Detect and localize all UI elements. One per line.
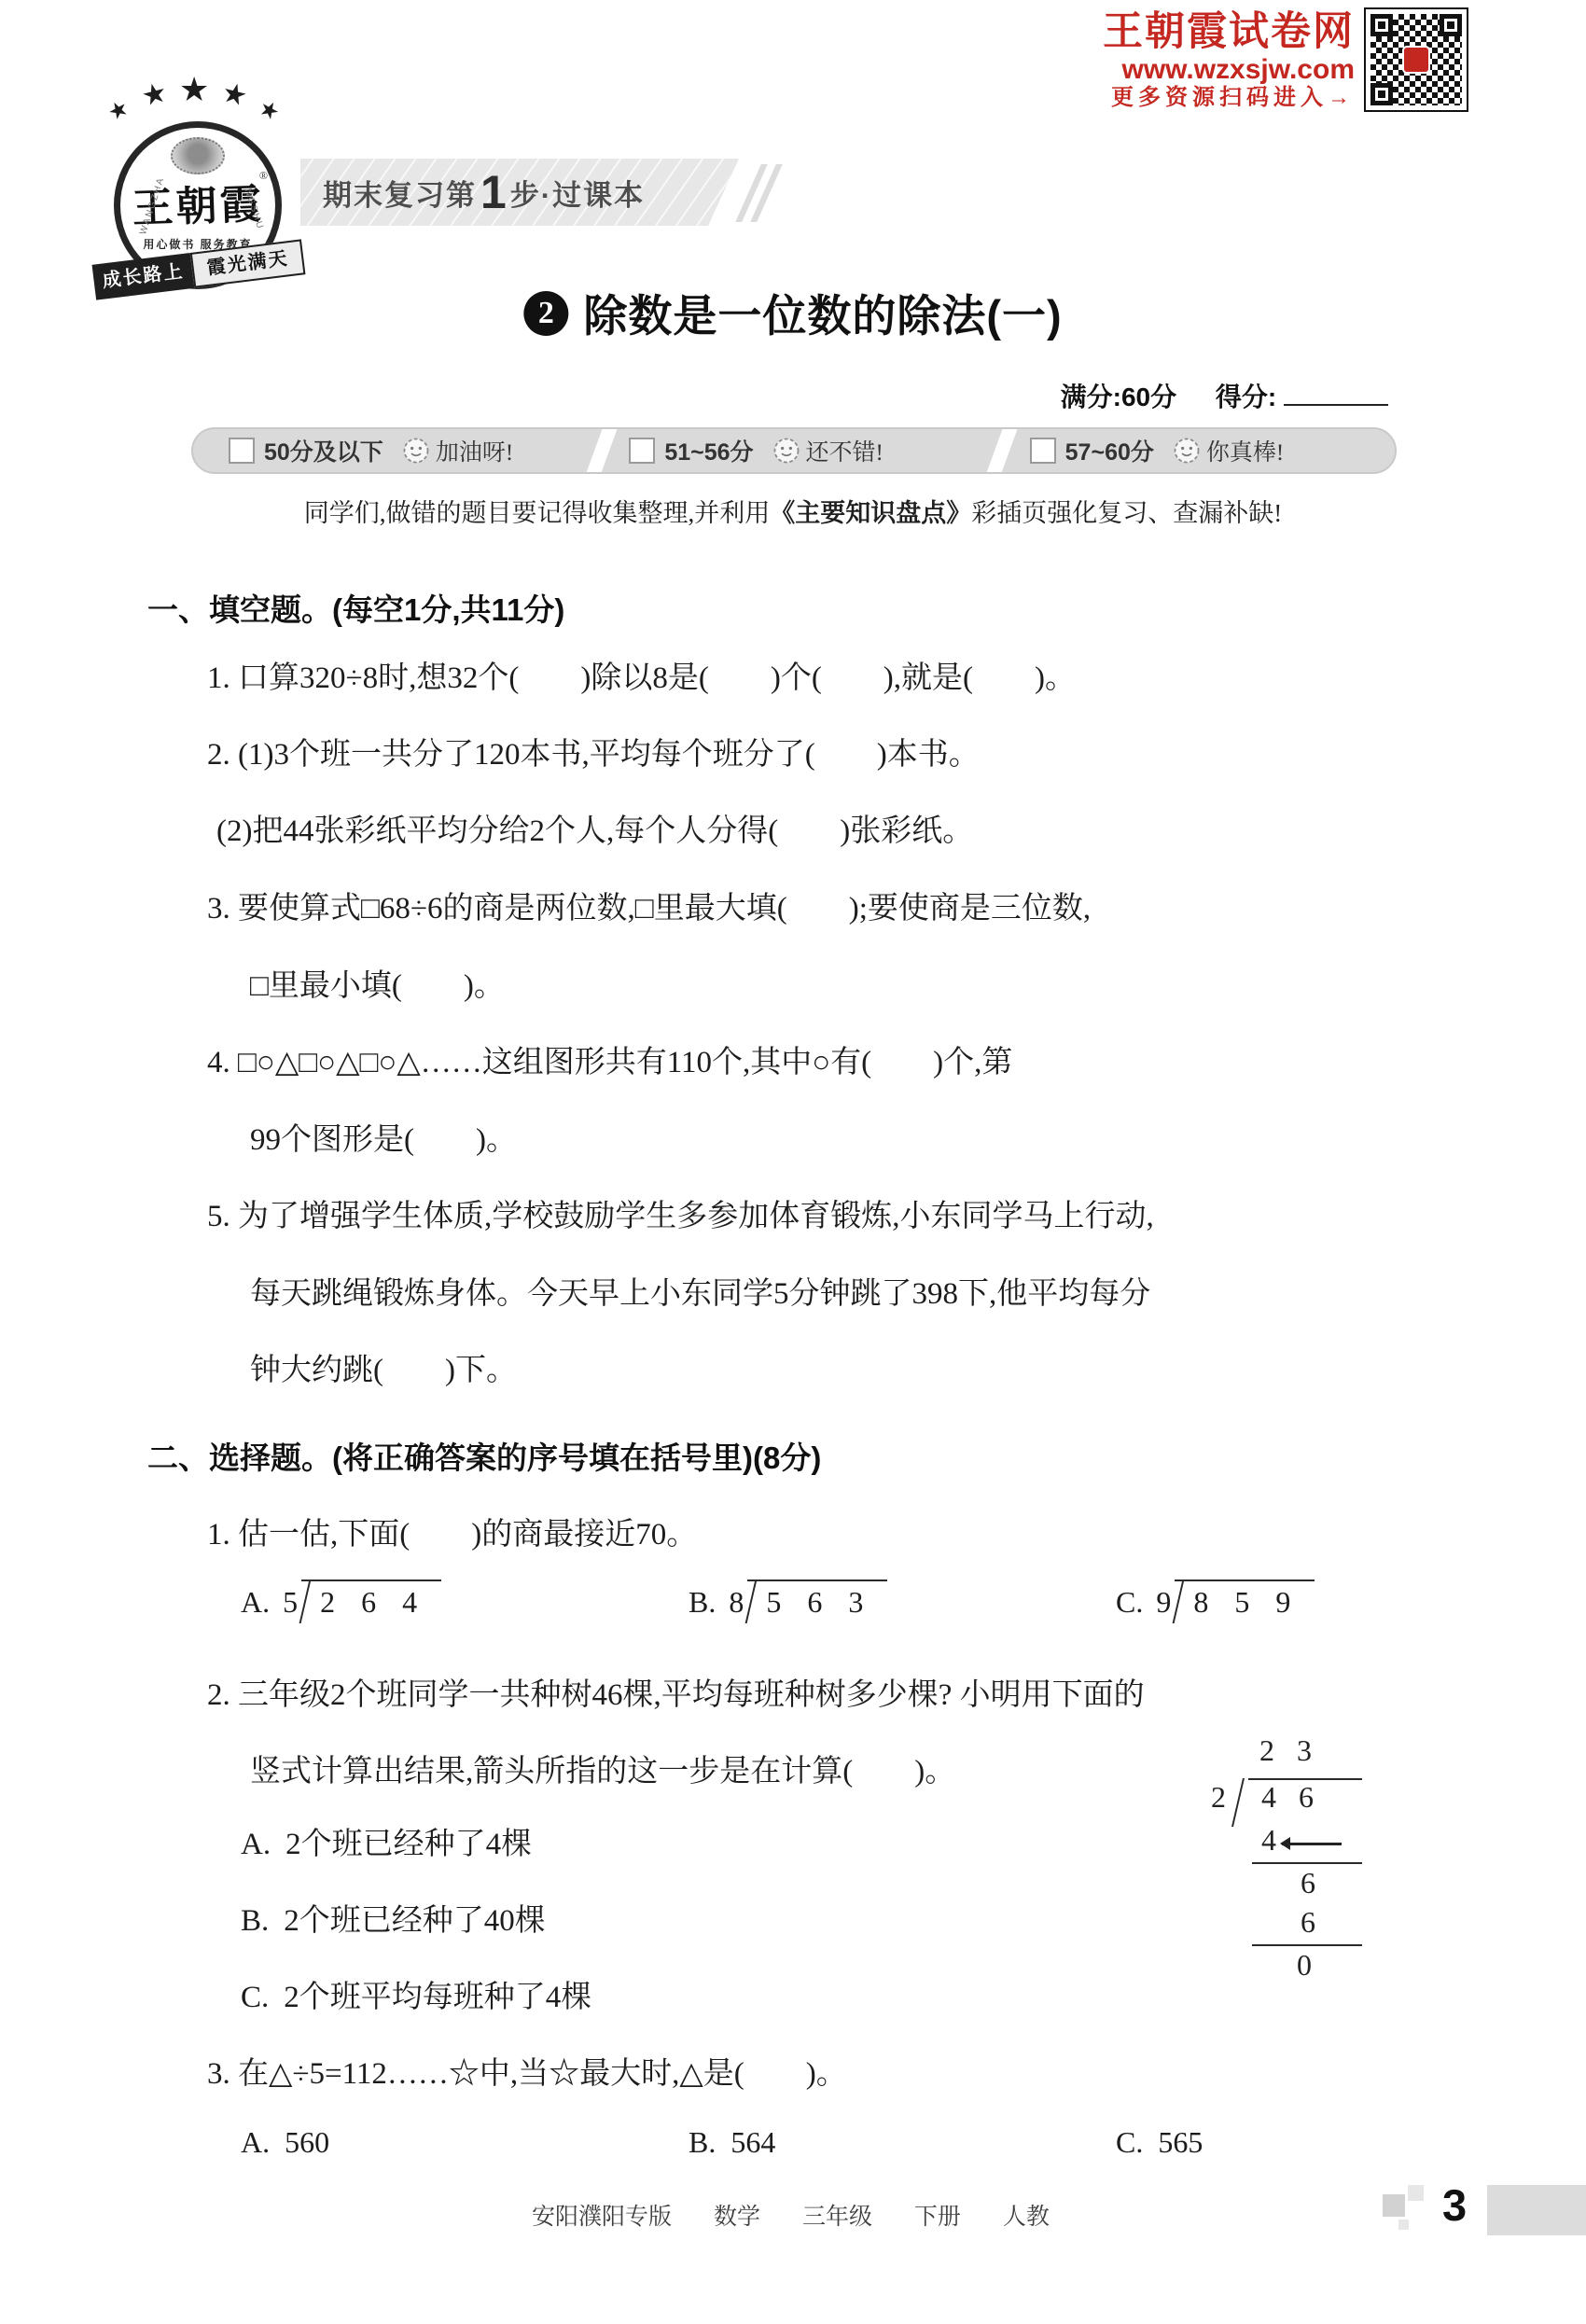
option-label: C. bbox=[1116, 1585, 1143, 1619]
footer-volume: 下册 bbox=[914, 2204, 961, 2230]
score-label: 得分: bbox=[1216, 383, 1276, 411]
page-number-decoration bbox=[1398, 2220, 1409, 2230]
smiley-icon bbox=[772, 437, 800, 465]
step-banner: 期末复习第 1 步·过课本 bbox=[300, 159, 739, 226]
division-dividend: 4 6 bbox=[1261, 1780, 1321, 1815]
option-text: 560 bbox=[285, 2125, 329, 2159]
option-label: B. bbox=[689, 1585, 716, 1619]
banner-text: 步·过课本 bbox=[510, 172, 645, 214]
page-number: 3 bbox=[1442, 2179, 1467, 2231]
page-number-bar bbox=[1487, 2185, 1586, 2235]
brand-qr-caption: 更多资源扫码进入→ bbox=[1103, 86, 1355, 111]
fill-q4-line1: 4. □○△□○△□○△……这组图形共有110个,其中○有( )个,第 bbox=[207, 1037, 1012, 1081]
registered-mark: ® bbox=[259, 169, 268, 183]
fill-q5-line2: 每天跳绳锻炼身体。今天早上小东同学5分钟跳了398下,他平均每分 bbox=[250, 1269, 1150, 1313]
fill-q3-line1: 3. 要使算式□68÷6的商是两位数,□里最大填( );要使商是三位数, bbox=[207, 884, 1091, 927]
division-bracket-slash bbox=[1231, 1778, 1245, 1827]
division-bracket: 2 6 4 bbox=[301, 1579, 441, 1621]
fill-q3-line2: □里最小填( )。 bbox=[250, 961, 505, 1005]
star-icon: ★ bbox=[255, 94, 285, 127]
division-rule-line bbox=[1252, 1944, 1362, 1946]
fill-q4-line2: 99个图形是( )。 bbox=[250, 1115, 517, 1159]
option-text: 2个班已经种了40棵 bbox=[284, 1904, 546, 1938]
choice-q1-option-a: A.52 6 4 bbox=[241, 1579, 441, 1621]
publisher-logo: ★ ★ ★ ★ ★ 王朝霞 ® 用心做书 服务教育 WANGZHA NGSHU … bbox=[82, 71, 315, 299]
brand-site-url: www.wzxsjw.com bbox=[1103, 54, 1355, 86]
page-title: 2 除数是一位数的除法(一) bbox=[523, 282, 1062, 344]
brand-site-name: 王朝霞试卷网 bbox=[1103, 9, 1355, 54]
long-division-diagram: 2 3 2 4 6 4 6 6 0 bbox=[1205, 1733, 1373, 2004]
section1-heading: 一、填空题。(每空1分,共11分) bbox=[147, 586, 564, 630]
division-divisor: 2 bbox=[1211, 1780, 1233, 1815]
notice-book-title: 《主要知识盘点》 bbox=[770, 499, 971, 527]
banner-text: 期末复习第 bbox=[323, 172, 477, 214]
page-number-decoration bbox=[1408, 2185, 1424, 2201]
notice-line: 同学们,做错的题目要记得收集整理,并利用《主要知识盘点》彩插页强化复习、查漏补缺… bbox=[0, 493, 1586, 529]
checkbox[interactable] bbox=[229, 438, 255, 464]
fill-q5-line1: 5. 为了增强学生体质,学校鼓励学生多参加体育锻炼,小东同学马上行动, bbox=[207, 1191, 1154, 1235]
qr-pattern bbox=[1370, 14, 1462, 105]
score-band-segment: 50分及以下 加油呀! bbox=[193, 429, 593, 472]
footer-line: 安阳濮阳专版 数学 三年级 下册 人教 bbox=[532, 2198, 1085, 2232]
notice-pre: 同学们,做错的题目要记得收集整理,并利用 bbox=[304, 499, 771, 527]
fill-q1: 1. 口算320÷8时,想32个( )除以8是( )个( ),就是( )。 bbox=[207, 653, 1076, 697]
qr-finder-icon bbox=[1440, 14, 1462, 36]
qr-finder-icon bbox=[1370, 83, 1393, 105]
footer-grade: 三年级 bbox=[802, 2204, 872, 2230]
score-remark: 你真棒! bbox=[1206, 434, 1284, 467]
arrow-left-icon bbox=[1282, 1843, 1342, 1845]
title-text: 除数是一位数的除法(一) bbox=[583, 282, 1062, 344]
option-text: 2个班已经种了4棵 bbox=[285, 1828, 532, 1861]
choice-q2-option-a: A.2个班已经种了4棵 bbox=[241, 1819, 532, 1863]
division-divisor: 5 bbox=[283, 1585, 298, 1619]
option-text: 564 bbox=[730, 2125, 775, 2159]
choice-q1-option-c: C.98 5 9 bbox=[1116, 1579, 1315, 1621]
division-bracket: 5 6 3 bbox=[747, 1579, 887, 1621]
checkbox[interactable] bbox=[1030, 438, 1056, 464]
fill-q2-line1: 2. (1)3个班一共分了120本书,平均每个班分了( )本书。 bbox=[207, 730, 980, 773]
division-divisor: 8 bbox=[729, 1585, 744, 1619]
footer-subject: 数学 bbox=[714, 2204, 760, 2230]
score-range-label: 51~56分 bbox=[664, 434, 753, 467]
fill-q5-line3: 钟大约跳( )下。 bbox=[250, 1345, 517, 1389]
score-line: 满分:60分 得分: bbox=[1061, 377, 1388, 414]
footer-press: 人教 bbox=[1003, 2204, 1050, 2230]
choice-q2-option-b: B.2个班已经种了40棵 bbox=[241, 1896, 546, 1940]
choice-q1-option-b: B.85 6 3 bbox=[689, 1579, 887, 1621]
ribbon-motto-left: 成长路上 bbox=[92, 253, 195, 300]
choice-q1: 1. 估一估,下面( )的商最接近70。 bbox=[207, 1510, 697, 1553]
division-rule-line bbox=[1252, 1862, 1362, 1864]
star-icon: ★ bbox=[218, 76, 251, 113]
score-remark: 还不错! bbox=[806, 434, 883, 467]
division-step3: 6 bbox=[1301, 1905, 1323, 1940]
choice-q3-option-a: A.560 bbox=[241, 2125, 329, 2160]
choice-q2-line2: 竖式计算出结果,箭头所指的这一步是在计算( )。 bbox=[250, 1746, 955, 1790]
division-quotient: 2 3 bbox=[1259, 1733, 1319, 1768]
division-bracket: 8 5 9 bbox=[1175, 1579, 1315, 1621]
star-icon: ★ bbox=[138, 76, 171, 113]
fill-q2-line2: (2)把44张彩纸平均分给2个人,每个人分得( )张彩纸。 bbox=[216, 806, 973, 850]
smiley-icon bbox=[1173, 437, 1201, 465]
choice-q2-option-c: C.2个班平均每班种了4棵 bbox=[241, 1972, 591, 2016]
division-divisor: 9 bbox=[1156, 1585, 1171, 1619]
score-range-label: 57~60分 bbox=[1065, 434, 1154, 467]
qr-center-seal-icon bbox=[1402, 46, 1430, 74]
choice-q3: 3. 在△÷5=112……☆中,当☆最大时,△是( )。 bbox=[207, 2049, 847, 2093]
footer-edition: 安阳濮阳专版 bbox=[532, 2204, 672, 2230]
score-band-segment: 57~60分 你真棒! bbox=[995, 429, 1395, 472]
score-remark: 加油呀! bbox=[436, 434, 513, 467]
option-label: C. bbox=[241, 1981, 269, 2014]
choice-q2-line1: 2. 三年级2个班同学一共种树46棵,平均每班种树多少棵? 小明用下面的 bbox=[207, 1670, 1145, 1714]
section2-heading: 二、选择题。(将正确答案的序号填在括号里)(8分) bbox=[147, 1434, 821, 1478]
title-number-badge: 2 bbox=[523, 291, 568, 336]
star-icon: ★ bbox=[104, 94, 133, 127]
checkbox[interactable] bbox=[629, 438, 655, 464]
choice-q3-option-b: B.564 bbox=[689, 2125, 775, 2160]
author-photo bbox=[171, 137, 225, 174]
score-band: 50分及以下 加油呀! 51~56分 还不错! 57~60分 你真棒! bbox=[191, 427, 1397, 474]
notice-post: 彩插页强化复习、查漏补缺! bbox=[971, 499, 1282, 527]
banner-step-number: 1 bbox=[480, 165, 507, 219]
page-number-decoration bbox=[1383, 2194, 1405, 2217]
qr-code bbox=[1364, 7, 1468, 112]
choice-q3-option-c: C.565 bbox=[1116, 2125, 1203, 2160]
worksheet-page: 王朝霞试卷网 www.wzxsjw.com 更多资源扫码进入→ ★ ★ ★ ★ … bbox=[0, 0, 1586, 2324]
option-text: 565 bbox=[1158, 2125, 1203, 2159]
brand-block: 王朝霞试卷网 www.wzxsjw.com 更多资源扫码进入→ bbox=[1103, 9, 1355, 111]
score-range-label: 50分及以下 bbox=[264, 434, 383, 467]
full-score-label: 满分:60分 bbox=[1061, 383, 1176, 411]
score-blank bbox=[1284, 380, 1388, 406]
option-label: A. bbox=[241, 1828, 271, 1861]
option-label: C. bbox=[1116, 2125, 1143, 2159]
star-icon: ★ bbox=[179, 71, 209, 109]
option-label: A. bbox=[241, 2125, 270, 2159]
option-label: A. bbox=[241, 1585, 270, 1619]
division-step2: 6 bbox=[1301, 1866, 1323, 1900]
option-label: B. bbox=[241, 1904, 269, 1938]
score-band-segment: 51~56分 还不错! bbox=[593, 429, 994, 472]
smiley-icon bbox=[402, 437, 430, 465]
option-label: B. bbox=[689, 2125, 716, 2159]
division-remainder: 0 bbox=[1297, 1948, 1319, 1983]
banner-slash-decoration bbox=[750, 164, 783, 222]
option-text: 2个班平均每班种了4棵 bbox=[284, 1981, 591, 2014]
qr-finder-icon bbox=[1370, 14, 1393, 36]
